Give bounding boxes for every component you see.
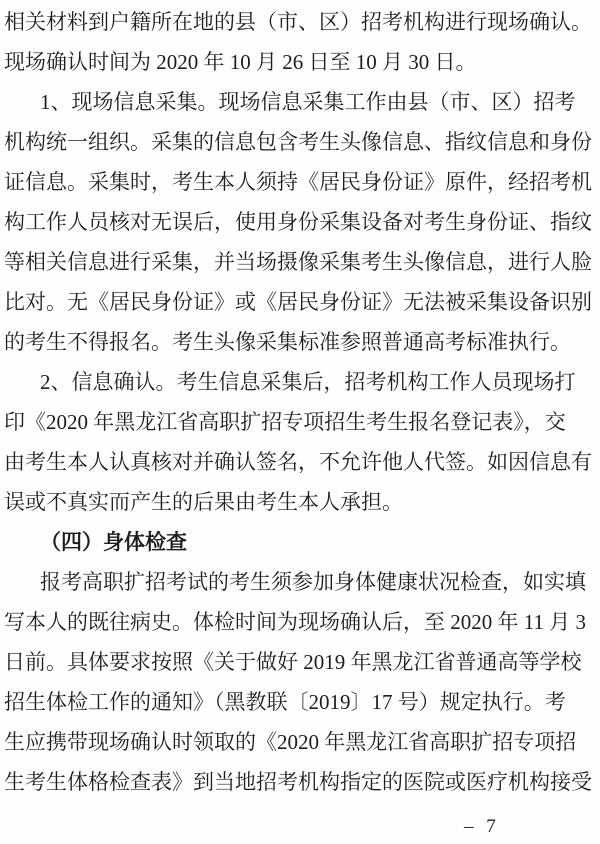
document-page: 相关材料到户籍所在地的县（市、区）招考机构进行现场确认。现场确认时间为 2020… xyxy=(0,0,600,844)
text-line: 日前。具体要求按照《关于做好 2019 年黑龙江省普通高等学校 xyxy=(4,642,594,682)
text-line: 印《2020 年黑龙江省高职扩招专项招生考生报名登记表》，交 xyxy=(4,402,594,442)
text-line: 写本人的既往病史。体检时间为现场确认后，至 2020 年 11 月 3 xyxy=(4,602,594,642)
text-line: 等相关信息进行采集，并当场摄像采集考生头像信息，进行人脸 xyxy=(4,242,594,282)
text-line: 构工作人员核对无误后，使用身份采集设备对考生身份证、指纹 xyxy=(4,202,594,242)
text-line: 比对。无《居民身份证》或《居民身份证》无法被采集设备识别 xyxy=(4,282,594,322)
text-line: 生考生体格检查表》到当地招考机构指定的医院或医疗机构接受 xyxy=(4,762,594,802)
text-line: 2、信息确认。考生信息采集后，招考机构工作人员现场打 xyxy=(4,362,594,402)
document-content: 相关材料到户籍所在地的县（市、区）招考机构进行现场确认。现场确认时间为 2020… xyxy=(0,0,600,802)
text-line: 由考生本人认真核对并确认签名，不允许他人代签。如因信息有 xyxy=(4,442,594,482)
text-line: 机构统一组织。采集的信息包含考生头像信息、指纹信息和身份 xyxy=(4,122,594,162)
page-number: – 7 xyxy=(464,814,500,840)
page-footer: – 7 xyxy=(0,814,600,840)
section-heading: （四）身体检查 xyxy=(4,522,594,562)
text-line: 报考高职扩招考试的考生须参加身体健康状况检查，如实填 xyxy=(4,562,594,602)
text-line: 的考生不得报名。考生头像采集标准参照普通高考标准执行。 xyxy=(4,322,594,362)
text-line: 生应携带现场确认时领取的《2020 年黑龙江省高职扩招专项招 xyxy=(4,722,594,762)
text-line: 证信息。采集时，考生本人须持《居民身份证》原件，经招考机 xyxy=(4,162,594,202)
text-line: 误或不真实而产生的后果由考生本人承担。 xyxy=(4,482,594,522)
text-line: 招生体检工作的通知》（黑教联〔2019〕17 号）规定执行。考 xyxy=(4,682,594,722)
text-line: 相关材料到户籍所在地的县（市、区）招考机构进行现场确认。 xyxy=(4,2,594,42)
text-line: 现场确认时间为 2020 年 10 月 26 日至 10 月 30 日。 xyxy=(4,42,594,82)
text-line: 1、现场信息采集。现场信息采集工作由县（市、区）招考 xyxy=(4,82,594,122)
